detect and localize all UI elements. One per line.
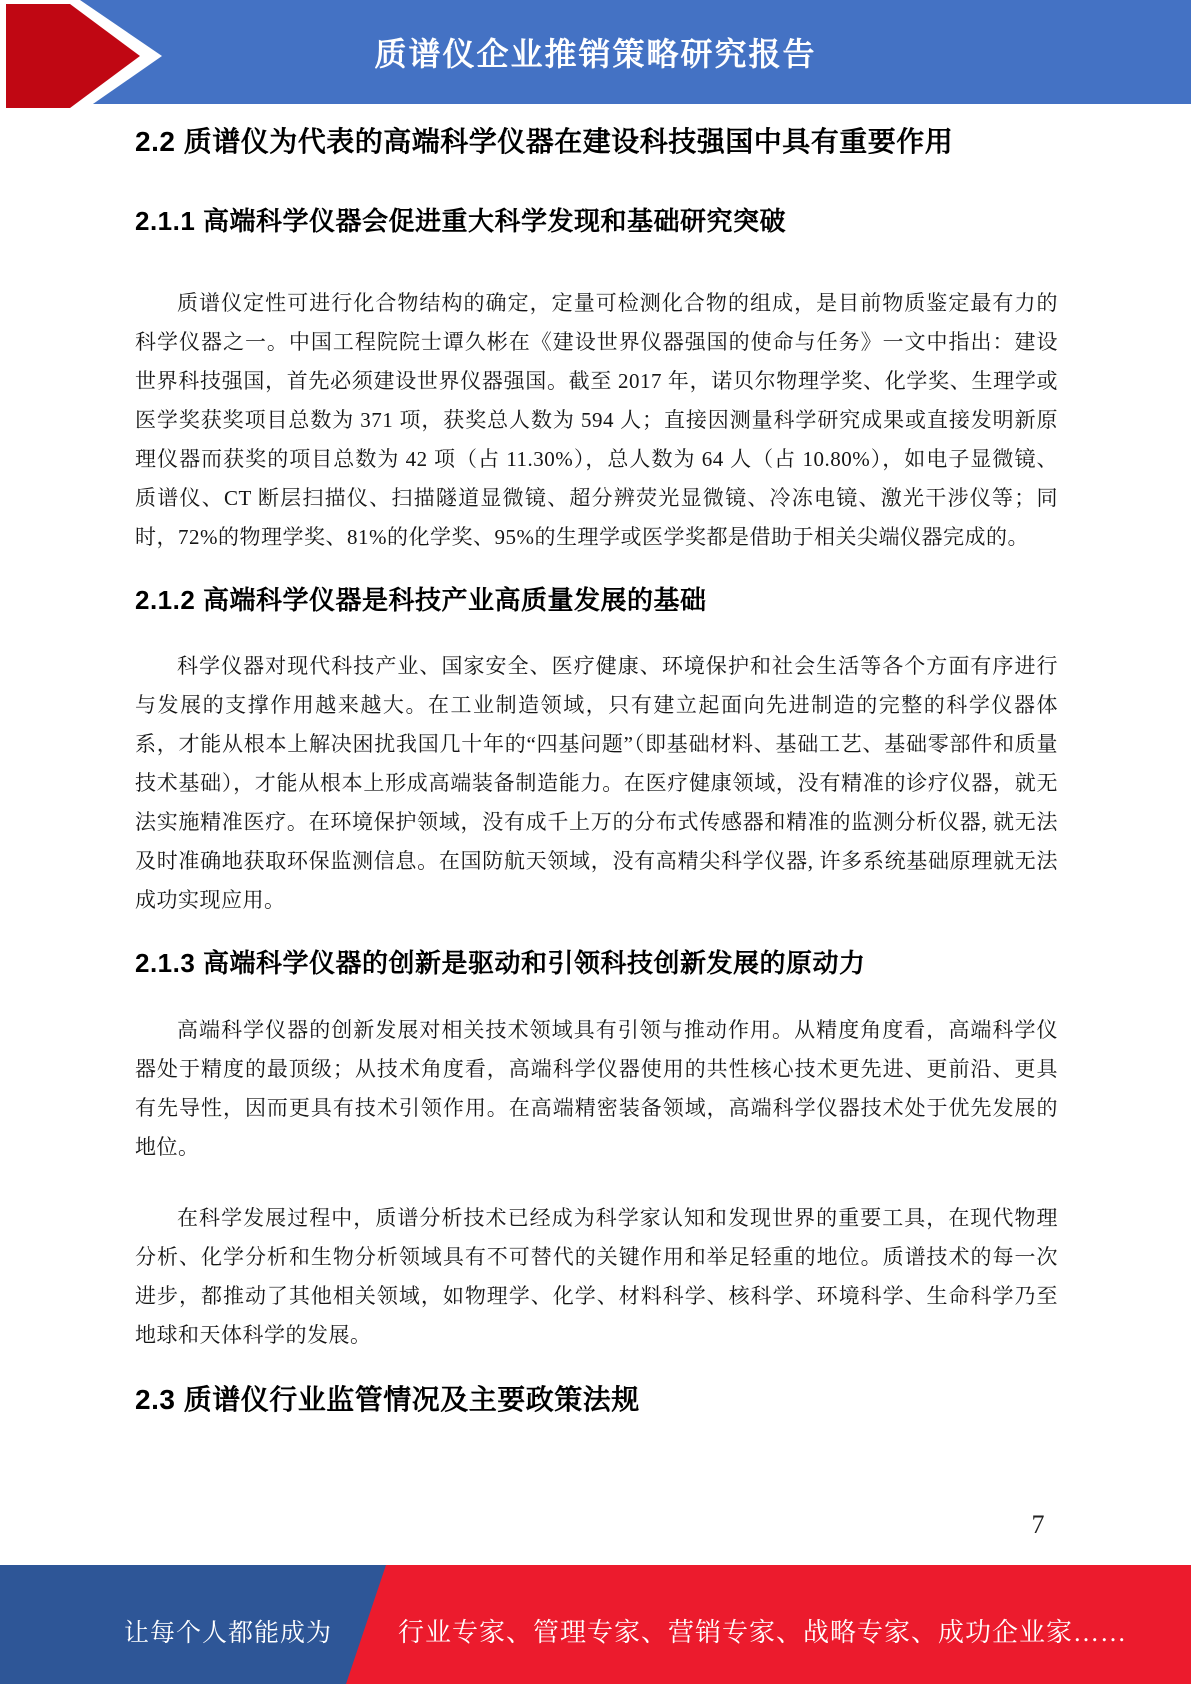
page-content: 2.2 质谱仪为代表的高端科学仪器在建设科技强国中具有重要作用 2.1.1 高端… — [135, 104, 1058, 1418]
section-heading-2-1-2: 2.1.2 高端科学仪器是科技产业高质量发展的基础 — [135, 583, 1058, 617]
document-page: 质谱仪企业推销策略研究报告 2.2 质谱仪为代表的高端科学仪器在建设科技强国中具… — [0, 0, 1191, 1684]
header-banner: 质谱仪企业推销策略研究报告 — [0, 0, 1191, 104]
section-heading-2-1-3: 2.1.3 高端科学仪器的创新是驱动和引领科技创新发展的原动力 — [135, 946, 1058, 980]
footer-right-tagline: 行业专家、管理专家、营销专家、战略专家、成功企业家…… — [398, 1565, 1127, 1684]
paragraph: 高端科学仪器的创新发展对相关技术领域具有引领与推动作用。从精度角度看，高端科学仪… — [135, 1011, 1058, 1167]
report-title: 质谱仪企业推销策略研究报告 — [0, 0, 1191, 104]
paragraph: 科学仪器对现代科技产业、国家安全、医疗健康、环境保护和社会生活等各个方面有序进行… — [135, 647, 1058, 920]
page-number: 7 — [1014, 1510, 1062, 1540]
section-heading-2-3: 2.3 质谱仪行业监管情况及主要政策法规 — [135, 1382, 1058, 1418]
paragraph: 质谱仪定性可进行化合物结构的确定，定量可检测化合物的组成，是目前物质鉴定最有力的… — [135, 284, 1058, 557]
footer-band: 让每个人都能成为 行业专家、管理专家、营销专家、战略专家、成功企业家…… — [0, 1565, 1191, 1684]
footer-left-tagline: 让每个人都能成为 — [0, 1565, 332, 1684]
paragraph: 在科学发展过程中，质谱分析技术已经成为科学家认知和发现世界的重要工具，在现代物理… — [135, 1199, 1058, 1355]
section-heading-2-1-1: 2.1.1 高端科学仪器会促进重大科学发现和基础研究突破 — [135, 204, 1058, 238]
section-heading-2-2: 2.2 质谱仪为代表的高端科学仪器在建设科技强国中具有重要作用 — [135, 124, 1058, 160]
